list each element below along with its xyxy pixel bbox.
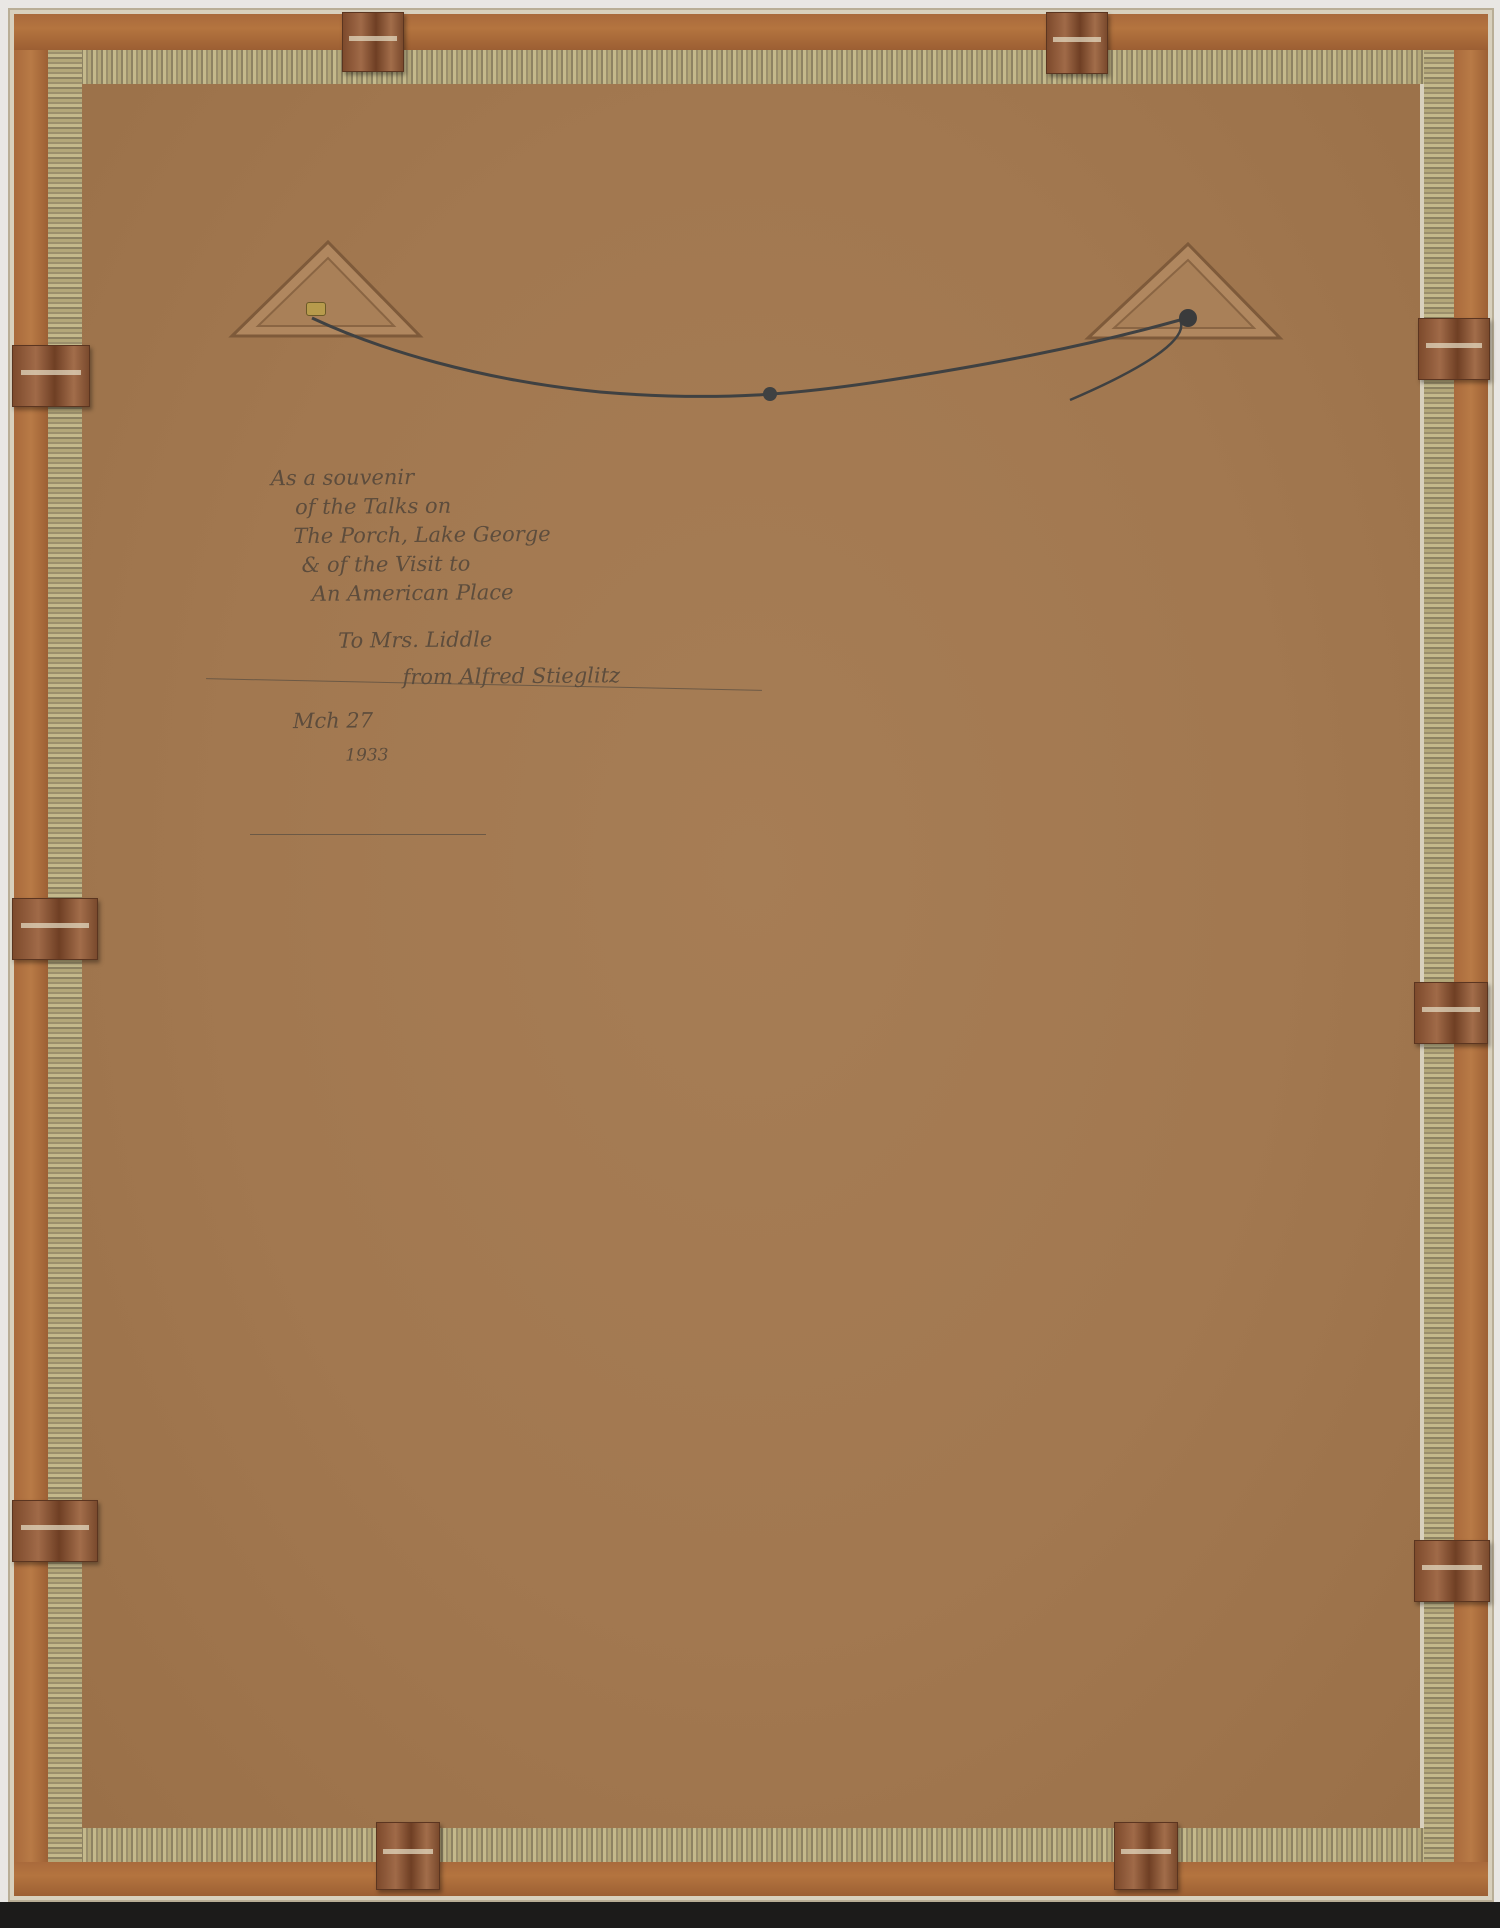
retaining-clip-bottom-right [1114, 1822, 1178, 1890]
frame-rail-bottom [14, 1862, 1488, 1896]
backing-tape-bottom [48, 1828, 1454, 1862]
retaining-clip-right-2 [1414, 982, 1488, 1044]
display-stand [0, 1902, 1500, 1928]
inscription-line-1: As a souvenir [271, 460, 791, 494]
inscription-dedication: To Mrs. Liddle [272, 623, 792, 657]
hanging-wire-icon [0, 0, 1500, 500]
inscription-date: Mch 27 [273, 703, 793, 737]
retaining-clip-right-3 [1414, 1540, 1490, 1602]
retaining-clip-bottom-left [376, 1822, 440, 1890]
inscription-line-4: & of the Visit to [271, 547, 791, 581]
pencil-inscription: As a souvenir of the Talks on The Porch,… [271, 460, 794, 772]
inscription-year: 1933 [273, 738, 793, 772]
retaining-clip-left-3 [12, 1500, 98, 1562]
inscription-line-5: An American Place [272, 576, 792, 610]
inscription-line-3: The Porch, Lake George [271, 518, 791, 552]
retaining-clip-left-2 [12, 898, 98, 960]
inscription-underline-date [250, 834, 486, 835]
inscription-line-2: of the Talks on [271, 489, 791, 523]
